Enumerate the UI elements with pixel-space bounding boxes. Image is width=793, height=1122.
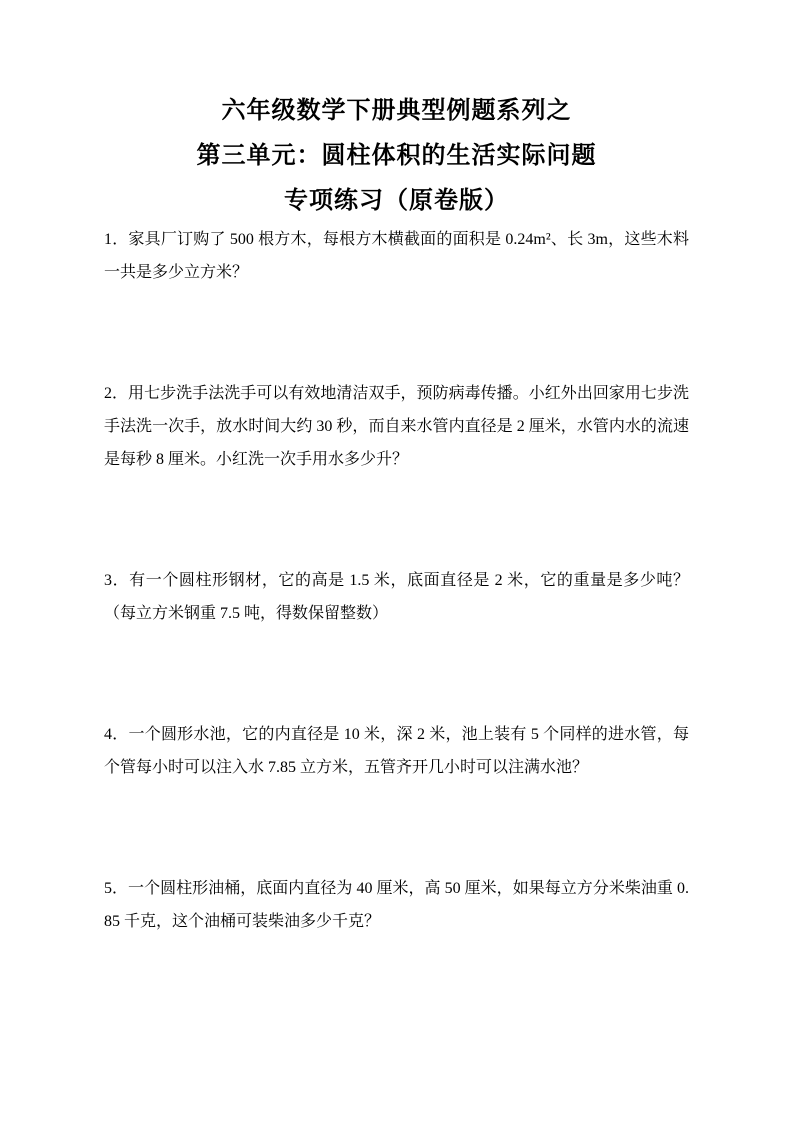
problem-3: 3．有一个圆柱形钢材，它的高是 1.5 米，底面直径是 2 米，它的重量是多少吨… — [104, 564, 689, 630]
worksheet-page: 六年级数学下册典型例题系列之 第三单元：圆柱体积的生活实际问题 专项练习（原卷版… — [0, 0, 793, 1122]
problem-list: 1．家具厂订购了 500 根方木，每根方木横截面的面积是 0.24m²、长 3m… — [104, 223, 689, 938]
doc-unit-title: 第三单元：圆柱体积的生活实际问题 — [0, 133, 793, 178]
problem-5: 5．一个圆柱形油桶，底面内直径为 40 厘米，高 50 厘米，如果每立方分米柴油… — [104, 872, 689, 938]
doc-subtitle: 专项练习（原卷版） — [0, 178, 793, 223]
doc-series-title: 六年级数学下册典型例题系列之 — [0, 88, 793, 133]
problem-2: 2．用七步洗手法洗手可以有效地清洁双手，预防病毒传播。小红外出回家用七步洗手法洗… — [104, 377, 689, 476]
problem-4: 4．一个圆形水池，它的内直径是 10 米，深 2 米，池上装有 5 个同样的进水… — [104, 718, 689, 784]
problem-1: 1．家具厂订购了 500 根方木，每根方木横截面的面积是 0.24m²、长 3m… — [104, 223, 689, 289]
title-block: 六年级数学下册典型例题系列之 第三单元：圆柱体积的生活实际问题 专项练习（原卷版… — [0, 0, 793, 223]
